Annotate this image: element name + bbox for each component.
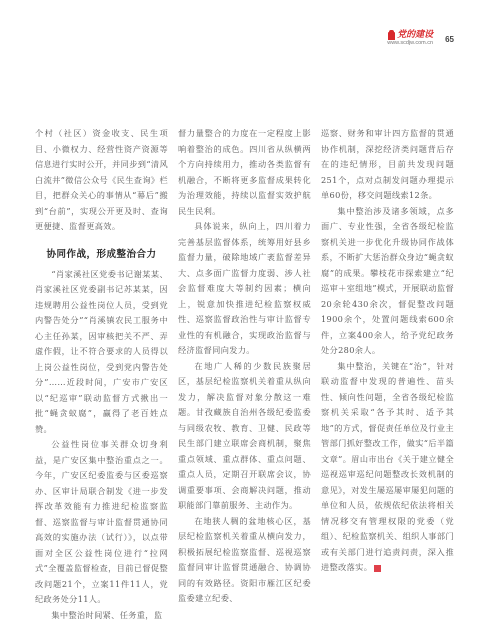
paragraph: “肖家溪社区党委书记谢某某、肖家溪社区党委副书记苏某某，因违规聘用公益性岗位人员… xyxy=(35,267,168,438)
paragraph: 在地广人稀的少数民族聚居区，基层纪检监察机关着重从纵向发力，解决监督对象分散这一… xyxy=(178,359,311,514)
paragraph-text: 集中整治，关键在“治”，针对联动监督中发现的普遍性、苗头性、倾向性问题，全省各级… xyxy=(321,361,454,573)
paragraph: 集中整治，关键在“治”，针对联动监督中发现的普遍性、苗头性、倾向性问题，全省各级… xyxy=(321,359,454,576)
paragraph: 个村（社区）资金收支、民生项目、小微权力、经营性资产资源等信息进行实时公开，并同… xyxy=(35,126,168,235)
article-column-2: 督力量整合的力度在一定程度上影响着整治的成色。四川省从纵横两个方向持续用力，推动… xyxy=(178,126,311,623)
paragraph: 集中整治涉及诸多领域，点多面广、专业性强，全省各级纪检监察机关进一步优化升级协同… xyxy=(321,204,454,359)
section-heading: 协同作战，形成整治合力 xyxy=(35,247,168,263)
paragraph: 巡察、财务和审计四方监督的贯通协作机制，深挖经济类问题背后存在的违纪情形，目前共… xyxy=(321,126,454,204)
party-logo-icon xyxy=(388,32,395,40)
paragraph: 督力量整合的力度在一定程度上影响着整治的成色。四川省从纵横两个方向持续用力，推动… xyxy=(178,126,311,219)
paragraph: 具体说来，纵向上，四川着力完善基层监督体系，统筹用好县乡监督力量，破除地域广袤监… xyxy=(178,219,311,359)
article-column-3: 巡察、财务和审计四方监督的贯通协作机制，深挖经济类问题背后存在的违纪情形，目前共… xyxy=(321,126,454,623)
magazine-url: www.scdjw.com.cn xyxy=(387,41,433,47)
magazine-title: 党的建设 xyxy=(397,31,433,40)
page-number: 65 xyxy=(445,35,454,44)
end-of-article-icon: ■ xyxy=(374,565,381,572)
magazine-brand: 党的建设 www.scdjw.com.cn xyxy=(387,31,433,47)
paragraph: 在地狭人稠的盆地核心区，基层纪检监察机关着重从横向发力，积极拓展纪检监察监督、巡… xyxy=(178,514,311,607)
article-column-1: 个村（社区）资金收支、民生项目、小微权力、经营性资产资源等信息进行实时公开，并同… xyxy=(35,126,168,623)
paragraph: 集中整治时间紧、任务重，监 xyxy=(35,608,168,624)
article-body: 个村（社区）资金收支、民生项目、小微权力、经营性资产资源等信息进行实时公开，并同… xyxy=(35,126,455,623)
page-header: 党的建设 www.scdjw.com.cn 65 xyxy=(387,28,454,50)
paragraph: 公益性岗位事关群众切身利益，是广安区集中整治重点之一。今年，广安区纪委监委与区委… xyxy=(35,437,168,608)
